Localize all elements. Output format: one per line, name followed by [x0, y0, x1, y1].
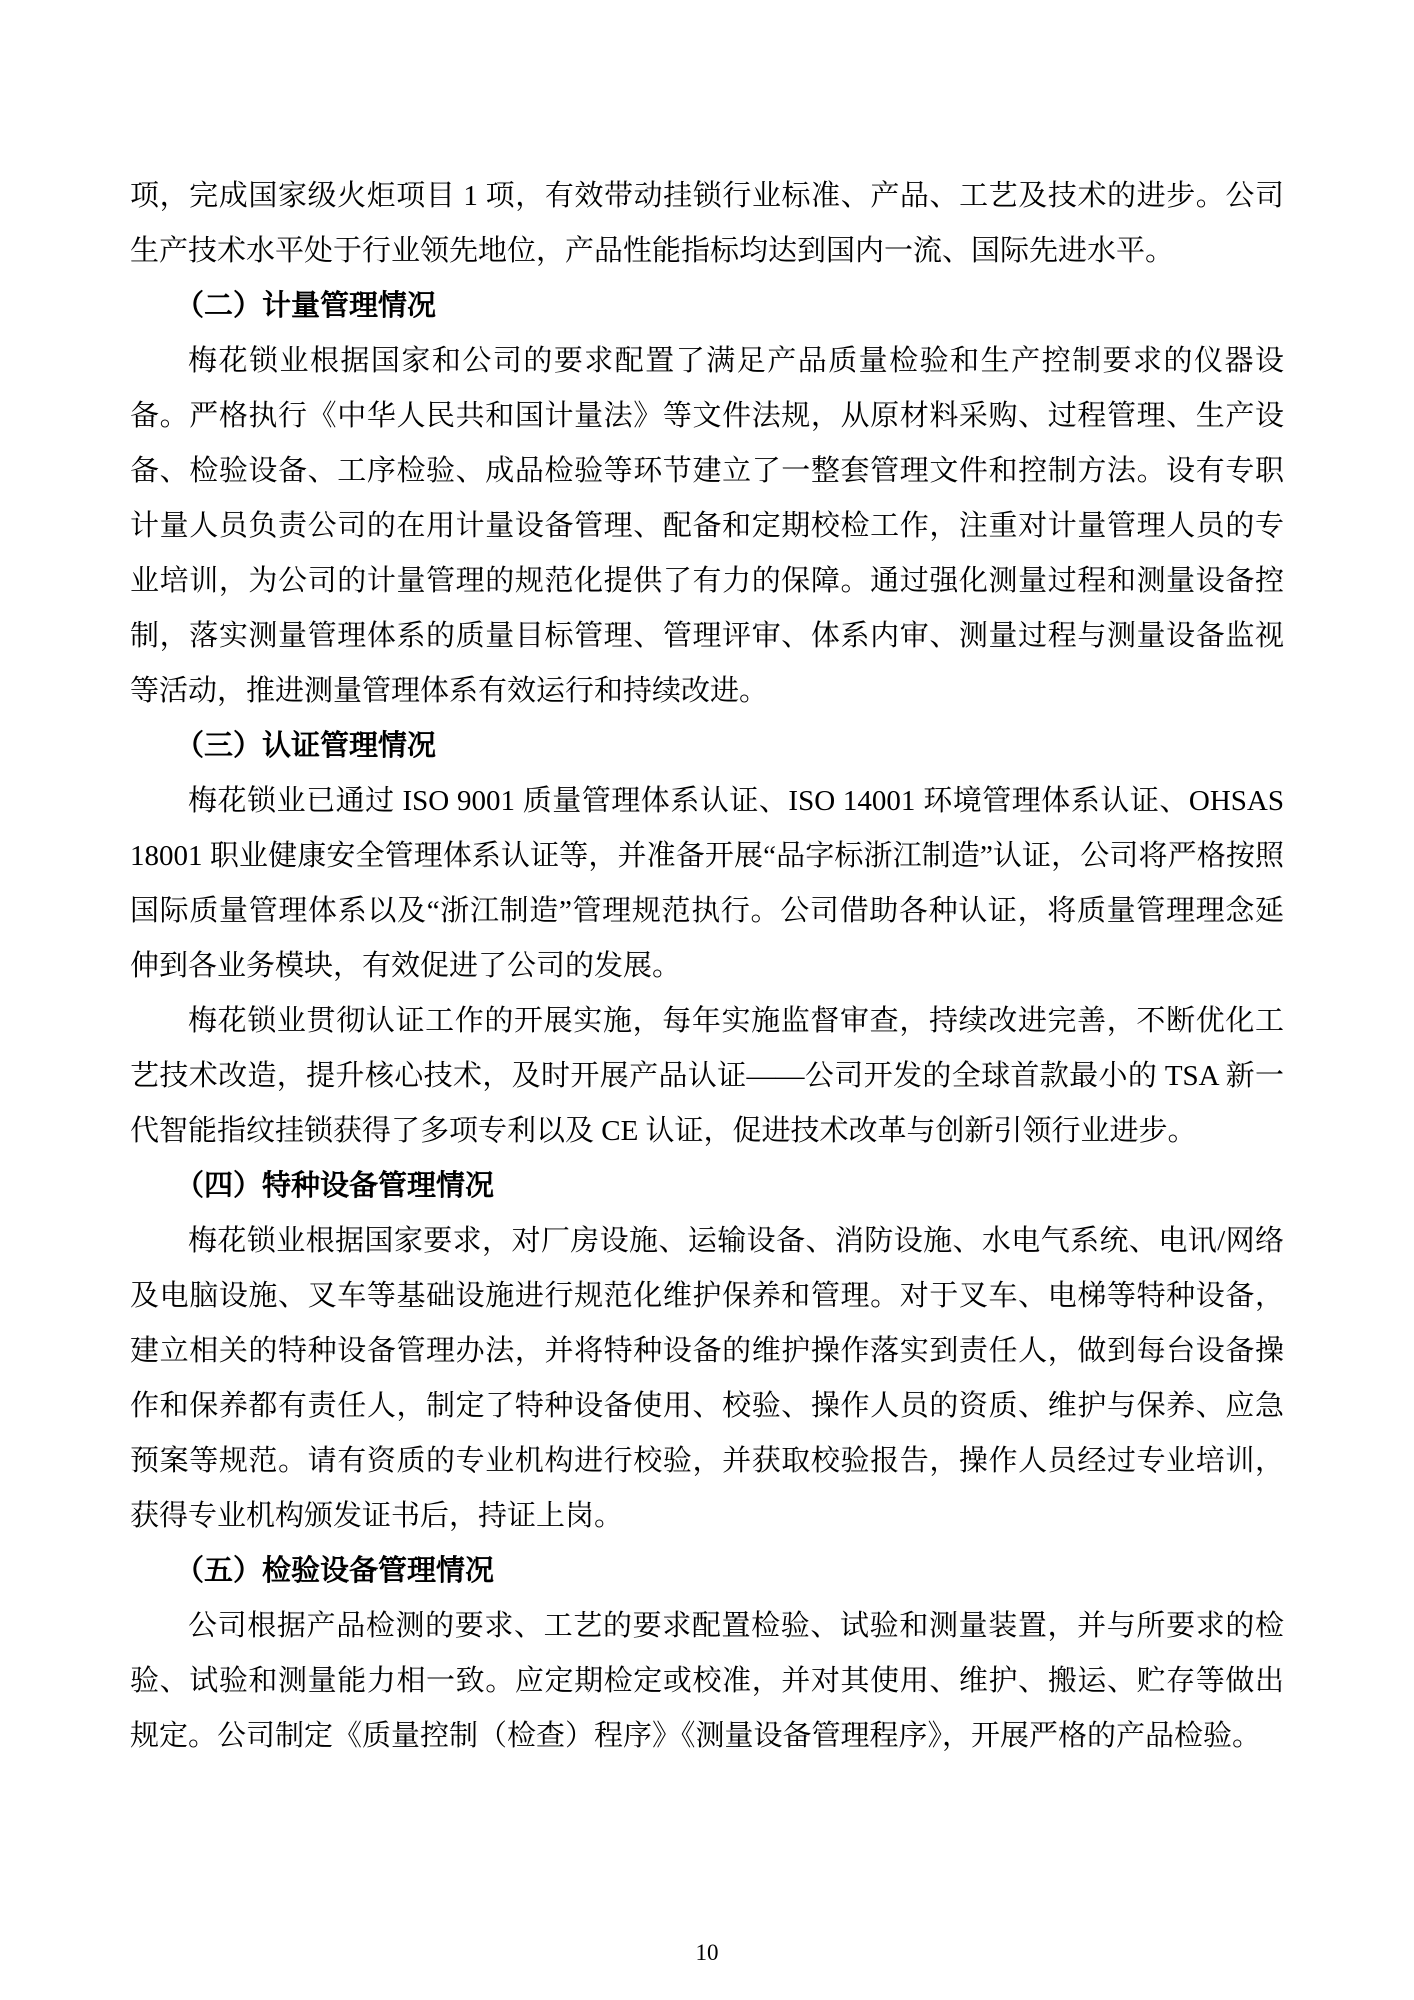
section-heading-metrology: （二）计量管理情况	[130, 279, 1284, 334]
paragraph-special-equipment: 梅花锁业根据国家要求，对厂房设施、运输设备、消防设施、水电气系统、电讯/网络及电…	[130, 1214, 1284, 1544]
paragraph-inspection-equipment: 公司根据产品检测的要求、工艺的要求配置检验、试验和测量装置，并与所要求的检验、试…	[130, 1599, 1284, 1764]
paragraph-continuation: 项，完成国家级火炬项目 1 项，有效带动挂锁行业标准、产品、工艺及技术的进步。公…	[130, 169, 1284, 279]
paragraph-certification-1: 梅花锁业已通过 ISO 9001 质量管理体系认证、ISO 14001 环境管理…	[130, 774, 1284, 994]
page-footer: 10	[0, 1938, 1414, 1968]
paragraph-metrology: 梅花锁业根据国家和公司的要求配置了满足产品质量检验和生产控制要求的仪器设备。严格…	[130, 334, 1284, 719]
document-page: 项，完成国家级火炬项目 1 项，有效带动挂锁行业标准、产品、工艺及技术的进步。公…	[0, 0, 1414, 2000]
section-heading-special-equipment: （四）特种设备管理情况	[130, 1159, 1284, 1214]
page-number: 10	[696, 1940, 719, 1965]
section-heading-certification: （三）认证管理情况	[130, 719, 1284, 774]
document-body: 项，完成国家级火炬项目 1 项，有效带动挂锁行业标准、产品、工艺及技术的进步。公…	[130, 169, 1284, 1764]
paragraph-certification-2: 梅花锁业贯彻认证工作的开展实施，每年实施监督审查，持续改进完善，不断优化工艺技术…	[130, 994, 1284, 1159]
section-heading-inspection-equipment: （五）检验设备管理情况	[130, 1544, 1284, 1599]
